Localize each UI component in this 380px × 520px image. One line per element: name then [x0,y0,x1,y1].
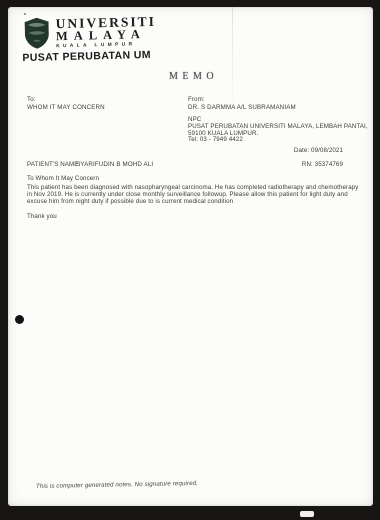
letterhead: UNIVERSITI MALAYA KUALA LUMPUR PUSAT PER… [21,14,192,64]
university-wordmark: UNIVERSITI MALAYA KUALA LUMPUR [55,15,156,49]
patient-name-label: PATIENT'S NAME: [27,161,80,168]
org-name: PUSAT PERUBATAN UM [22,47,192,63]
um-crest-shield-icon [24,17,49,49]
memo-title: MEMO [11,71,376,82]
closing-line: Thank you [27,213,57,220]
memo-body-paragraph: This patient has been diagnosed with nas… [27,184,362,205]
footer-note: This is computer generated notes. No sig… [36,480,198,490]
patient-name-value: SYARIFUDIN B MOHD ALI [76,161,153,168]
from-telephone: Tel: 03 - 7949 4422 [188,136,243,143]
scan-crease-line [232,7,233,103]
rn-number: RN: 35374769 [302,161,343,168]
date-line: Date: 09/08/2021 [294,147,343,154]
salutation: To Whom It May Concern [27,175,99,182]
scan-speck [24,13,26,15]
scanned-paper: UNIVERSITI MALAYA KUALA LUMPUR PUSAT PER… [8,7,373,506]
to-value: WHOM IT MAY CONCERN [27,104,105,111]
to-label: To: [27,96,36,103]
hole-punch-mark [15,315,24,324]
scan-edge-notch [300,511,314,517]
from-unit: NPC [188,116,201,123]
university-name-line2: MALAYA [56,28,157,42]
from-label: From: [188,96,205,103]
document-frame: { "header": { "crest_icon": "um-crest-sh… [0,0,380,520]
from-name: DR. S DARMMA A/L SUBRAMANIAM [188,104,296,111]
